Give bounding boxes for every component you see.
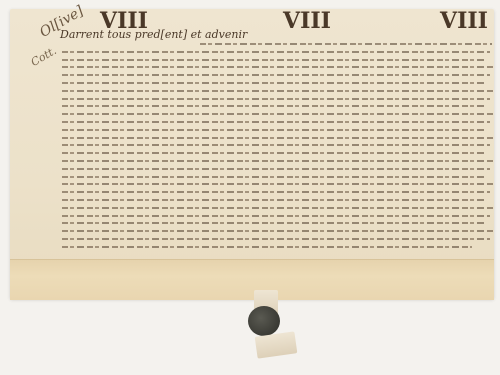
script-line [62,144,490,146]
seal-tag-lower [255,331,298,358]
header-mark-center: VIII [283,8,331,34]
script-line [62,82,486,84]
script-line [200,43,492,45]
opening-words: Darrent tous pred[ent] et advenir [60,28,247,41]
script-line [62,105,486,107]
script-line [62,51,490,53]
wax-seal [248,306,280,336]
script-line [62,238,490,240]
script-line [62,113,494,115]
script-line [62,176,486,178]
script-line [62,137,494,139]
script-line [62,199,486,201]
script-line [62,66,494,68]
script-line [62,59,486,61]
script-line [62,121,490,123]
header-mark-right: VIII [440,8,488,34]
script-line [62,160,494,162]
script-line [62,183,494,185]
script-line [62,168,490,170]
script-line [62,152,486,154]
script-line [62,90,494,92]
script-line [62,129,486,131]
script-line [62,207,494,209]
charter-fold-plica [10,259,494,300]
script-line [62,222,486,224]
script-line [62,191,490,193]
script-line [62,246,472,248]
script-line [62,74,490,76]
script-line [62,230,494,232]
script-line [62,98,490,100]
script-line [62,215,490,217]
